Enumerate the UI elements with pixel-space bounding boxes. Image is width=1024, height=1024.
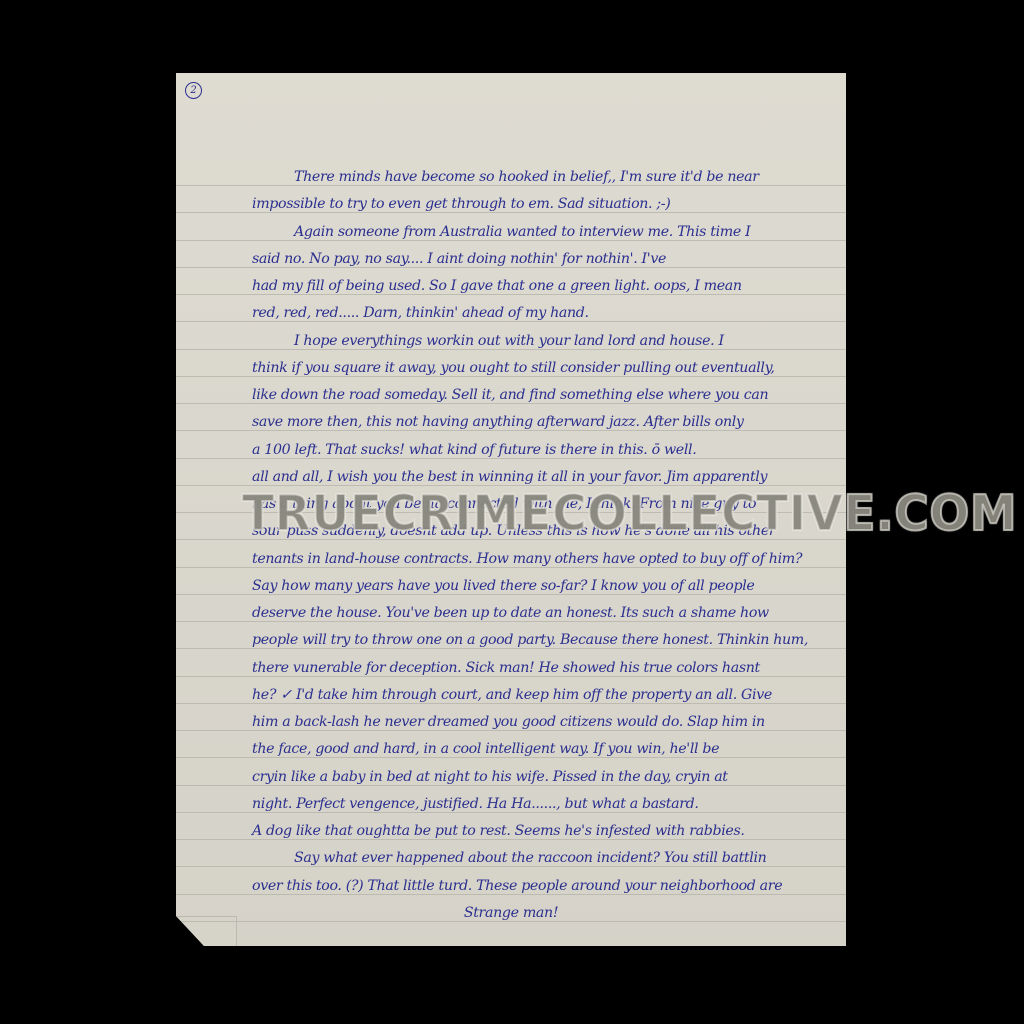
handwritten-line: Say what ever happened about the raccoon… [294, 848, 766, 868]
ruled-line [176, 948, 846, 949]
handwritten-line: think if you square it away, you ought t… [252, 358, 775, 378]
page-number: 2 [185, 82, 202, 99]
handwritten-line: red, red, red..... Darn, thinkin' ahead … [252, 303, 589, 323]
handwritten-line: Strange man! [176, 903, 846, 923]
handwritten-line: tenants in land-house contracts. How man… [252, 549, 802, 569]
handwritten-line: like down the road someday. Sell it, and… [252, 385, 768, 405]
handwritten-line: save more then, this not having anything… [252, 412, 744, 432]
handwritten-line: over this too. (?) That little turd. The… [252, 876, 782, 896]
handwritten-line: Again someone from Australia wanted to i… [294, 222, 750, 242]
handwritten-line: impossible to try to even get through to… [252, 194, 670, 214]
handwritten-line: the face, good and hard, in a cool intel… [252, 739, 719, 759]
handwritten-line: said no. No pay, no say.... I aint doing… [252, 249, 666, 269]
handwritten-line: had my fill of being used. So I gave tha… [252, 276, 742, 296]
handwritten-line: Say how many years have you lived there … [252, 576, 754, 596]
handwritten-line: cryin like a baby in bed at night to his… [252, 767, 728, 787]
handwritten-line: has a thing about you being connected wi… [252, 494, 756, 514]
handwritten-line: him a back-lash he never dreamed you goo… [252, 712, 765, 732]
letter-page: 2 There minds have become so hooked in b… [176, 73, 846, 946]
handwritten-line: a 100 left. That sucks! what kind of fut… [252, 440, 696, 460]
handwritten-line: all and all, I wish you the best in winn… [252, 467, 767, 487]
handwritten-line: sour puss suddenly, doesnt add up. Unles… [252, 521, 775, 541]
ruled-line [176, 1003, 846, 1004]
ruled-line [176, 975, 846, 976]
handwritten-line: I hope everythings workin out with your … [294, 331, 724, 351]
handwritten-line: deserve the house. You've been up to dat… [252, 603, 769, 623]
handwritten-line: there vunerable for deception. Sick man!… [252, 658, 760, 678]
handwritten-line: night. Perfect vengence, justified. Ha H… [252, 794, 699, 814]
handwritten-line: he? ✓ I'd take him through court, and ke… [252, 685, 772, 705]
handwritten-line: There minds have become so hooked in bel… [294, 167, 759, 187]
handwritten-line: people will try to throw one on a good p… [252, 630, 808, 650]
handwritten-line: A dog like that oughtta be put to rest. … [252, 821, 745, 841]
